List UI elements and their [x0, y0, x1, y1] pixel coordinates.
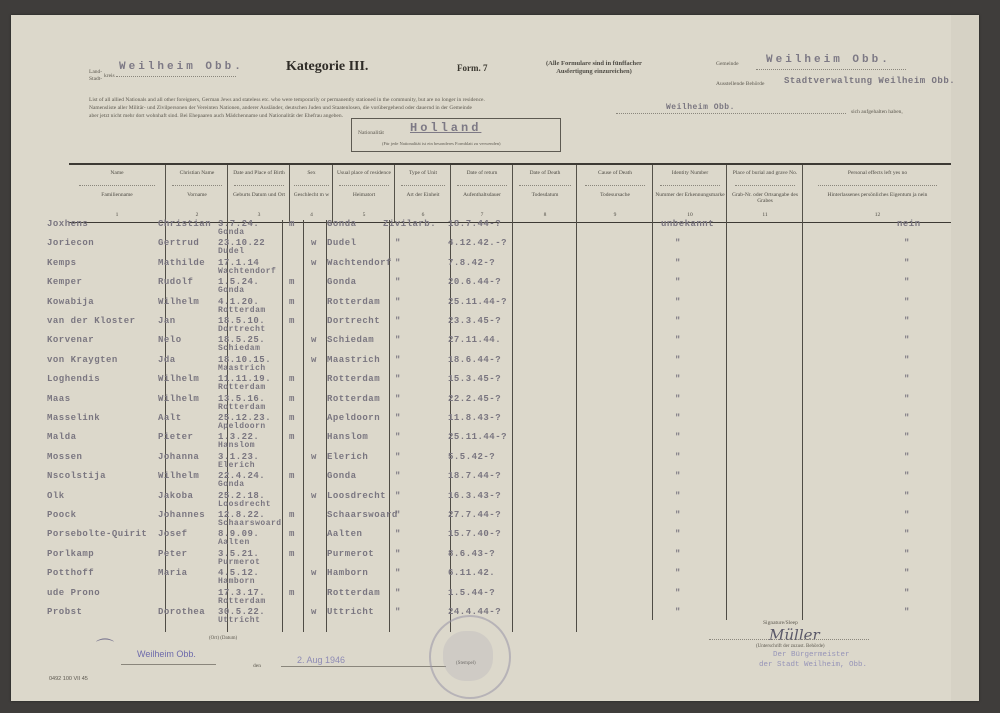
- gemeinde-label: Gemeinde: [716, 61, 739, 67]
- cell-residence: Dudel: [327, 238, 357, 248]
- col-en: Christian Name: [166, 170, 228, 176]
- cell-id: ": [675, 374, 681, 384]
- cell-name: ude Prono: [47, 588, 100, 598]
- col-en: Date of Death: [513, 170, 577, 176]
- cell-vorname: Josef: [158, 529, 188, 539]
- form-number: Form. 7: [457, 63, 488, 73]
- cell-vorname: Nelo: [158, 335, 182, 345]
- page-title: Kategorie III.: [286, 59, 368, 75]
- cell-date: 15.7.40-?: [448, 529, 501, 539]
- cell-vorname: Jan: [158, 316, 176, 326]
- official-stamp-icon: [429, 615, 511, 699]
- cell-sex-w: w: [311, 355, 317, 365]
- cell-residence: Hanslom: [327, 432, 368, 442]
- cell-sex-w: w: [311, 568, 317, 578]
- cell-effects: ": [904, 452, 910, 462]
- col-de: Familienname: [69, 192, 165, 198]
- behoerde-label: Ausstellende Behörde: [716, 81, 764, 87]
- cell-id: ": [675, 258, 681, 268]
- cell-unit: ": [395, 316, 401, 326]
- cell-vorname: Johanna: [158, 452, 199, 462]
- cell-vorname: Rudolf: [158, 277, 193, 287]
- cell-id: ": [675, 588, 681, 598]
- intro-fill-line: [616, 113, 846, 114]
- cell-name: Potthoff: [47, 568, 94, 578]
- col-en: Date and Place of Birth: [228, 170, 290, 176]
- cell-id: ": [675, 491, 681, 501]
- cell-sex-m: m: [289, 529, 295, 539]
- cell-date: 25.11.44-?: [448, 297, 507, 307]
- cell-date: 6.11.42.: [448, 568, 495, 578]
- cell-effects: nein: [897, 219, 921, 229]
- cell-vorname: Pieter: [158, 432, 193, 442]
- cell-sex-w: w: [311, 335, 317, 345]
- cell-unit: ": [395, 568, 401, 578]
- cell-effects: ": [904, 491, 910, 501]
- date-line: [281, 666, 446, 667]
- cell-effects: ": [904, 549, 910, 559]
- place-value: Weilheim Obb.: [137, 649, 196, 659]
- col-en: Date of return: [451, 170, 513, 176]
- cell-effects: ": [904, 510, 910, 520]
- col-de: Aufenthaltsdauer: [451, 192, 513, 198]
- cell-date: 7.8.42-?: [448, 258, 495, 268]
- intro-line-1: List of all allied Nationals and all oth…: [89, 97, 529, 103]
- col-en: Type of Unit: [395, 170, 451, 176]
- cell-vorname: Wilhelm: [158, 297, 199, 307]
- cell-unit: ": [395, 297, 401, 307]
- col-de: Hinterlassenes persönliches Eigentum ja …: [803, 192, 952, 198]
- cell-birth-place: Dortrecht: [218, 325, 266, 334]
- cell-unit: ": [395, 510, 401, 520]
- cell-birth-place: Elerich: [218, 461, 255, 470]
- cell-effects: ": [904, 607, 910, 617]
- signer-line-1: Der Bürgermeister: [773, 651, 850, 659]
- col-de: Nummer der Erkennungsmarke: [653, 192, 727, 198]
- cell-id: ": [675, 335, 681, 345]
- cell-residence: Hamborn: [327, 568, 368, 578]
- submission-note: (Alle Formulare sind in fünffacher Ausfe…: [546, 60, 642, 76]
- col-en: Cause of Death: [577, 170, 653, 176]
- cell-residence: Schaarswoard: [327, 510, 398, 520]
- cell-residence: Uttricht: [327, 607, 374, 617]
- behoerde-value: Stadtverwaltung Weilheim Obb.: [784, 76, 955, 86]
- cell-date: 27.11.44.: [448, 335, 501, 345]
- cell-sex-m: m: [289, 394, 295, 404]
- cell-birth-place: Loosdrecht: [218, 500, 271, 509]
- cell-unit: ": [395, 491, 401, 501]
- col-de: Todesdatum: [513, 192, 577, 198]
- cell-sex-m: m: [289, 316, 295, 326]
- landkreis-label: Land- Stadt-: [89, 69, 102, 83]
- cell-effects: ": [904, 471, 910, 481]
- cell-unit: ": [395, 413, 401, 423]
- cell-vorname: Wilhelm: [158, 471, 199, 481]
- cell-name: Nscolstija: [47, 471, 106, 481]
- cell-residence: Rotterdam: [327, 394, 380, 404]
- cell-sex-m: m: [289, 277, 295, 287]
- cell-unit: ": [395, 432, 401, 442]
- cell-date: 22.2.45-?: [448, 394, 501, 404]
- cell-birth-place: Uttricht: [218, 616, 260, 625]
- cell-residence: Maastrich: [327, 355, 380, 365]
- cell-date: 18.7.44-?: [448, 219, 501, 229]
- nationality-value: Holland: [410, 121, 481, 135]
- cell-id: unbekannt: [661, 219, 714, 229]
- cell-id: ": [675, 549, 681, 559]
- cell-date: 20.6.44-?: [448, 277, 501, 287]
- cell-date: 8.6.43-?: [448, 549, 495, 559]
- cell-date: 18.7.44-?: [448, 471, 501, 481]
- cell-date: 27.7.44-?: [448, 510, 501, 520]
- cell-id: ": [675, 277, 681, 287]
- cell-vorname: Peter: [158, 549, 188, 559]
- cell-effects: ": [904, 432, 910, 442]
- cell-sex-m: m: [289, 413, 295, 423]
- cell-date: 16.3.43-?: [448, 491, 501, 501]
- cell-birth-place: Rotterdam: [218, 403, 266, 412]
- cell-id: ": [675, 394, 681, 404]
- document-page: Land- Stadt- kreis Weilheim Obb. Kategor…: [11, 15, 979, 701]
- cell-effects: ": [904, 238, 910, 248]
- cell-residence: Apeldoorn: [327, 413, 380, 423]
- signature-line: [709, 639, 869, 640]
- cell-effects: ": [904, 277, 910, 287]
- cell-birth-place: Rotterdam: [218, 597, 266, 606]
- cell-id: ": [675, 432, 681, 442]
- cell-vorname: Wilhelm: [158, 394, 199, 404]
- signer-line-2: der Stadt Weilheim, Obb.: [759, 661, 867, 669]
- cell-date: 5.5.42-?: [448, 452, 495, 462]
- cell-effects: ": [904, 374, 910, 384]
- cell-effects: ": [904, 394, 910, 404]
- cell-name: van der Kloster: [47, 316, 136, 326]
- signature: Müller: [769, 626, 820, 644]
- cell-sex-m: m: [289, 510, 295, 520]
- cell-vorname: Christian: [158, 219, 211, 229]
- cell-unit: ": [395, 238, 401, 248]
- cell-unit: ": [395, 355, 401, 365]
- cell-id: ": [675, 355, 681, 365]
- cell-effects: ": [904, 413, 910, 423]
- cell-unit: ": [395, 529, 401, 539]
- cell-vorname: Jda: [158, 355, 176, 365]
- cell-birth-place: Wachtendorf: [218, 267, 276, 276]
- cell-sex-m: m: [289, 219, 295, 229]
- cell-name: Probst: [47, 607, 82, 617]
- label-kreis: kreis: [104, 73, 115, 79]
- col-de: Todesursache: [577, 192, 653, 198]
- print-code: 0492 100 VII 45: [49, 676, 88, 682]
- cell-effects: ": [904, 568, 910, 578]
- cell-id: ": [675, 316, 681, 326]
- cell-vorname: Johannes: [158, 510, 205, 520]
- cell-sex-m: m: [289, 297, 295, 307]
- cell-effects: ": [904, 335, 910, 345]
- cell-unit: ": [395, 588, 401, 598]
- col-en: Identity Number: [653, 170, 727, 176]
- place-date-label: (Ort) (Datum): [209, 636, 237, 641]
- label-land: Land-: [89, 69, 102, 76]
- cell-unit: Zivilarb.: [383, 219, 436, 229]
- label-stadt: Stadt-: [89, 76, 102, 83]
- cell-date: 11.8.43-?: [448, 413, 501, 423]
- cell-birth-place: Schiedam: [218, 344, 260, 353]
- handwritten-mark-icon: ⌒: [96, 634, 114, 660]
- cell-sex-m: m: [289, 588, 295, 598]
- cell-effects: ": [904, 588, 910, 598]
- cell-vorname: Mathilde: [158, 258, 205, 268]
- cell-effects: ": [904, 258, 910, 268]
- cell-unit: ": [395, 471, 401, 481]
- cell-date: 25.11.44-?: [448, 432, 507, 442]
- den-label: den: [253, 663, 261, 669]
- col-de: Vorname: [166, 192, 228, 198]
- intro-gemeinde-fill: Weilheim Obb.: [666, 103, 735, 112]
- col-en: Name: [69, 170, 165, 176]
- cell-id: ": [675, 510, 681, 520]
- cell-residence: Dortrecht: [327, 316, 380, 326]
- cell-unit: ": [395, 452, 401, 462]
- cell-residence: Aalten: [327, 529, 362, 539]
- cell-birth-place: Apeldoorn: [218, 422, 266, 431]
- cell-sex-m: m: [289, 549, 295, 559]
- nationality-note: (Für jede Nationalität ist ein besondere…: [382, 141, 500, 146]
- cell-sex-w: w: [311, 258, 317, 268]
- date-value: 2. Aug 1946: [297, 655, 345, 665]
- nationality-box: Nationalität Holland (Für jede Nationali…: [351, 118, 561, 152]
- cell-vorname: Jakoba: [158, 491, 193, 501]
- cell-date: 15.3.45-?: [448, 374, 501, 384]
- cell-unit: ": [395, 258, 401, 268]
- note-line-2: Ausfertigung einzureichen): [546, 68, 642, 76]
- cell-effects: ": [904, 297, 910, 307]
- cell-residence: Schiedam: [327, 335, 374, 345]
- cell-sex-w: w: [311, 238, 317, 248]
- cell-effects: ": [904, 355, 910, 365]
- cell-residence: Gonda: [327, 219, 357, 229]
- cell-name: Joriecon: [47, 238, 94, 248]
- cell-name: Masselink: [47, 413, 100, 423]
- cell-vorname: Aalt: [158, 413, 182, 423]
- cell-residence: Rotterdam: [327, 297, 380, 307]
- col-en: Usual place of residence: [333, 170, 395, 176]
- cell-unit: ": [395, 549, 401, 559]
- cell-date: 23.3.45-?: [448, 316, 501, 326]
- cell-birth-place: Hamborn: [218, 577, 255, 586]
- cell-effects: ": [904, 316, 910, 326]
- cell-birth-place: Rotterdam: [218, 306, 266, 315]
- cell-name: Malda: [47, 432, 77, 442]
- nationality-label: Nationalität: [358, 130, 384, 136]
- gemeinde-value: Weilheim Obb.: [766, 54, 891, 66]
- landkreis-line: [116, 76, 236, 77]
- cell-birth-place: Schaarswoard: [218, 519, 282, 528]
- cell-id: ": [675, 568, 681, 578]
- cell-date: 1.5.44-?: [448, 588, 495, 598]
- cell-birth-place: Purmerot: [218, 558, 260, 567]
- cell-sex-w: w: [311, 607, 317, 617]
- cell-sex-m: m: [289, 432, 295, 442]
- cell-id: ": [675, 529, 681, 539]
- cell-residence: Gonda: [327, 471, 357, 481]
- cell-birth-place: Gonda: [218, 228, 245, 237]
- cell-id: ": [675, 238, 681, 248]
- col-en: Personal effects left yes no: [803, 170, 952, 176]
- cell-date: 4.12.42.-?: [448, 238, 507, 248]
- note-line-1: (Alle Formulare sind in fünffacher: [546, 60, 642, 68]
- col-de: Geschlecht m w: [290, 192, 333, 198]
- cell-residence: Rotterdam: [327, 374, 380, 384]
- cell-birth-place: Aalten: [218, 538, 250, 547]
- cell-sex-w: w: [311, 491, 317, 501]
- cell-name: Loghendis: [47, 374, 100, 384]
- cell-name: Korvenar: [47, 335, 94, 345]
- cell-residence: Loosdrecht: [327, 491, 386, 501]
- col-en: Place of burial and grave No.: [727, 170, 803, 176]
- table-body: JoxhensChristian3.7.24.mGondaZivilarb.18…: [11, 208, 979, 638]
- cell-residence: Rotterdam: [327, 588, 380, 598]
- cell-id: ": [675, 452, 681, 462]
- cell-name: Mossen: [47, 452, 82, 462]
- cell-id: ": [675, 471, 681, 481]
- cell-name: Maas: [47, 394, 71, 404]
- cell-name: Kemper: [47, 277, 82, 287]
- cell-date: 18.6.44-?: [448, 355, 501, 365]
- cell-effects: ": [904, 529, 910, 539]
- landkreis-value: Weilheim Obb.: [119, 61, 244, 73]
- intro-suffix: sich aufgehalten haben,: [851, 109, 903, 115]
- cell-name: Joxhens: [47, 219, 88, 229]
- cell-name: Kemps: [47, 258, 77, 268]
- cell-name: Poock: [47, 510, 77, 520]
- cell-unit: ": [395, 607, 401, 617]
- cell-residence: Wachtendorf: [327, 258, 392, 268]
- cell-name: Kowabija: [47, 297, 94, 307]
- cell-vorname: Dorothea: [158, 607, 205, 617]
- cell-sex-m: m: [289, 471, 295, 481]
- cell-name: Olk: [47, 491, 65, 501]
- cell-vorname: Wilhelm: [158, 374, 199, 384]
- cell-name: Porsebolte-Quirit: [47, 529, 147, 539]
- col-de: Heimatort: [333, 192, 395, 198]
- col-de: Grab-Nr. oder Ortsangabe des Grabes: [727, 192, 803, 204]
- cell-birth-place: Rotterdam: [218, 383, 266, 392]
- cell-name: von Kraygten: [47, 355, 118, 365]
- col-de: Art der Einheit: [395, 192, 451, 198]
- cell-unit: ": [395, 335, 401, 345]
- signer-label: (Unterschrift der zuzust. Behörde): [756, 644, 825, 649]
- cell-residence: Gonda: [327, 277, 357, 287]
- cell-birth-place: Gonda: [218, 480, 245, 489]
- cell-birth-place: Dudel: [218, 247, 245, 256]
- cell-vorname: Gertrud: [158, 238, 199, 248]
- place-line: [121, 664, 216, 665]
- col-de: Geburts Datum und Ort: [228, 192, 290, 198]
- cell-unit: ": [395, 394, 401, 404]
- cell-birth-place: Maastrich: [218, 364, 266, 373]
- cell-id: ": [675, 607, 681, 617]
- cell-id: ": [675, 297, 681, 307]
- cell-residence: Purmerot: [327, 549, 374, 559]
- cell-unit: ": [395, 277, 401, 287]
- gemeinde-line: [756, 69, 906, 70]
- col-en: Sex: [290, 170, 333, 176]
- cell-residence: Elerich: [327, 452, 368, 462]
- cell-sex-m: m: [289, 374, 295, 384]
- cell-sex-w: w: [311, 452, 317, 462]
- cell-birth-place: Hanslom: [218, 441, 255, 450]
- cell-unit: ": [395, 374, 401, 384]
- cell-name: Porlkamp: [47, 549, 94, 559]
- cell-birth-place: Gonda: [218, 286, 245, 295]
- cell-id: ": [675, 413, 681, 423]
- cell-vorname: Maria: [158, 568, 188, 578]
- intro-line-2: Namensliste aller Militär- und Zivilpers…: [89, 105, 529, 111]
